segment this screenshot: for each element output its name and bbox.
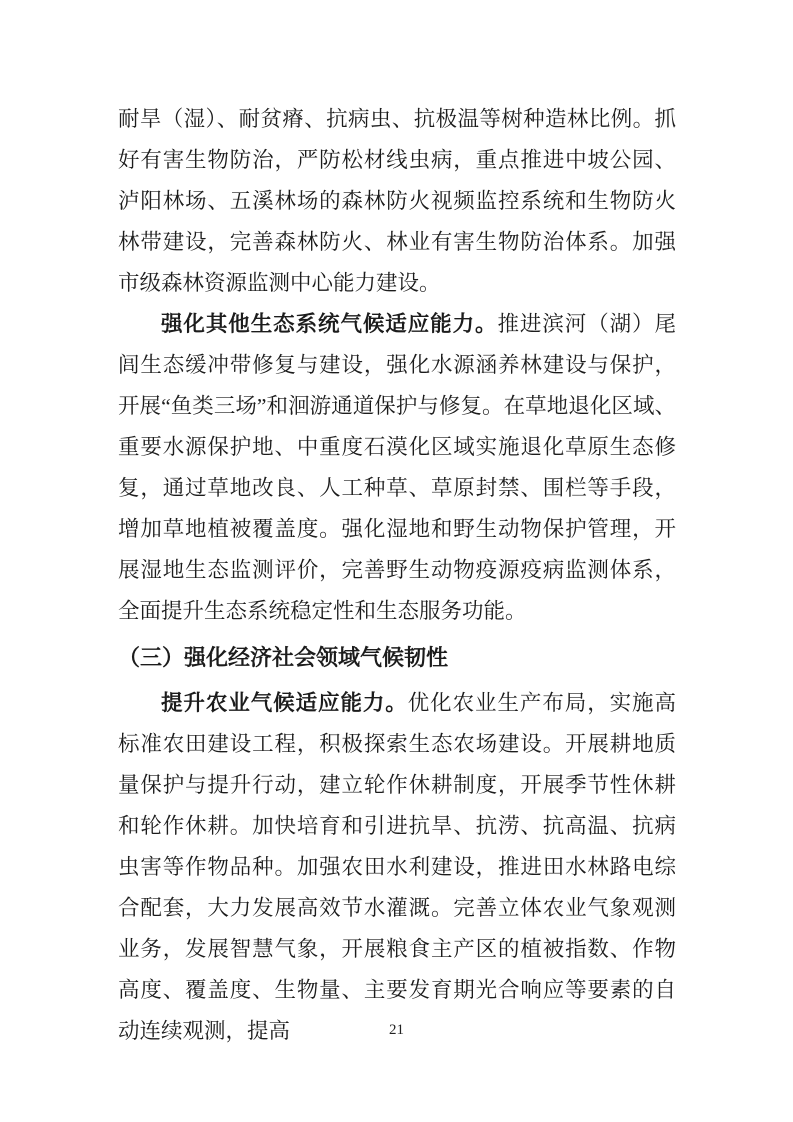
document-body: 耐旱（湿）、耐贫瘠、抗病虫、抗极温等树种造林比例。抓好有害生物防治，严防松材线虫… — [118, 99, 676, 1052]
paragraph-ecosystem-adaptation: 强化其他生态系统气候适应能力。推进滨河（湖）尾闾生态缓冲带修复与建设，强化水源涵… — [118, 304, 676, 632]
paragraph-bold-lead: 提升农业气候适应能力。 — [161, 691, 408, 715]
paragraph-bold-lead: 强化其他生态系统气候适应能力。 — [161, 312, 497, 336]
section-heading: （三）强化经济社会领域气候韧性 — [118, 637, 676, 678]
paragraph-forest-protection: 耐旱（湿）、耐贫瘠、抗病虫、抗极温等树种造林比例。抓好有害生物防治，严防松材线虫… — [118, 99, 676, 304]
document-page: 耐旱（湿）、耐贫瘠、抗病虫、抗极温等树种造林比例。抓好有害生物防治，严防松材线虫… — [0, 0, 793, 1122]
paragraph-text: 耐旱（湿）、耐贫瘠、抗病虫、抗极温等树种造林比例。抓好有害生物防治，严防松材线虫… — [118, 107, 676, 295]
page-number: 21 — [389, 1022, 404, 1038]
paragraph-text: 优化农业生产布局，实施高标准农田建设工程，积极探索生态农场建设。开展耕地质量保护… — [118, 691, 676, 1043]
paragraph-agriculture-adaptation: 提升农业气候适应能力。优化农业生产布局，实施高标准农田建设工程，积极探索生态农场… — [118, 683, 676, 1052]
paragraph-text: 推进滨河（湖）尾闾生态缓冲带修复与建设，强化水源涵养林建设与保护，开展“鱼类三场… — [118, 312, 676, 623]
page-footer: 21 — [0, 1020, 793, 1040]
